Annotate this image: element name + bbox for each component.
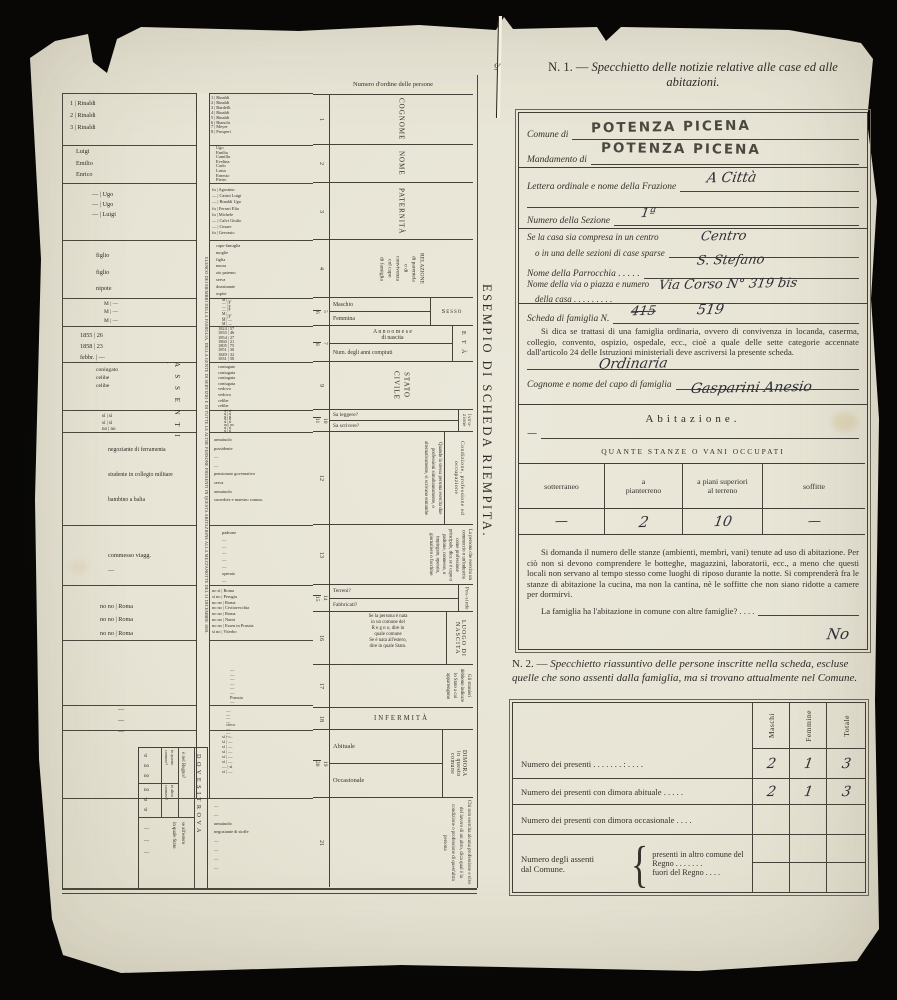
assenti-relazione: figliofiglionipote xyxy=(96,248,111,298)
header-terreni: Terreni? xyxy=(330,585,458,598)
data-line: nuora xyxy=(216,263,311,270)
form-main-frame: Comune di Mandamento di POTENZA PICENA P… xyxy=(518,112,868,650)
header-abituale: Abituale xyxy=(330,730,442,763)
assenti-stato-civile: coniugatocelibecelibe xyxy=(96,366,118,391)
data-line: sì | sì xyxy=(224,430,311,433)
header-sesso: Sesso xyxy=(430,298,473,325)
data-line: nipote xyxy=(96,281,111,298)
data-stranieri: ——————Prussia— xyxy=(230,668,311,705)
table-line xyxy=(62,93,63,889)
col-num: 13 xyxy=(313,525,330,584)
corner-mark: 9′ xyxy=(494,62,500,72)
data-line: — xyxy=(222,557,311,564)
data-line: figlio xyxy=(96,265,111,282)
band-condizione: 12 Quando la stessa persona esercita due… xyxy=(313,432,473,525)
header-anni-compiuti: Num. degli anni compiuti xyxy=(330,343,452,361)
header-nome: NOME xyxy=(330,145,473,182)
band-stranieri: 17 Gli stranieri debbono indicare lo Sta… xyxy=(313,665,473,708)
data-professione: armaiuolopossidente——pensionato governat… xyxy=(214,436,311,505)
data-line: sì | sì xyxy=(102,421,116,428)
stanze-col-header: sotterraneo xyxy=(519,464,605,508)
form-title: N. 1. — Specchietto delle notizie relati… xyxy=(512,60,874,90)
col-num: 8 xyxy=(313,342,321,346)
data-line: — xyxy=(144,836,149,848)
col-num: 5 6 xyxy=(313,298,330,325)
stanze-value-cell: 2 xyxy=(605,508,683,534)
col-num: 11 xyxy=(313,417,321,423)
band-relazione: 4 RELAZIONE di parentela o di convivenza… xyxy=(313,240,473,298)
mandamento-stamp: POTENZA PICENA xyxy=(601,140,761,158)
fill-line xyxy=(527,194,859,208)
data-line: sì xyxy=(144,806,149,816)
data-line: — xyxy=(118,715,124,726)
row-presenti-label: Numero dei presenti . . . . . . . : . . … xyxy=(513,749,752,779)
abitazione-dash: — xyxy=(526,428,538,439)
header-posizione-note: La persona che esercita un commercio o u… xyxy=(330,525,473,584)
header-cognome: COGNOME xyxy=(330,95,473,144)
capo-value: Gasparini Anesio xyxy=(690,379,814,397)
stanze-title: QUANTE STANZE O VANI OCCUPATI xyxy=(519,439,867,456)
header-istruzione: Istru-zione xyxy=(458,410,473,431)
col-label: Totale xyxy=(842,715,851,737)
sezione-value: 1ª xyxy=(640,206,657,221)
data-istruzione: sì | sìsì | sìsì | sìsì | sìsì | sìno | … xyxy=(224,410,311,432)
cell: 3 xyxy=(826,749,865,779)
data-line: — xyxy=(222,578,311,585)
header-anno-nascita: A n n o o m e s e di nascita xyxy=(330,326,452,343)
data-line: — xyxy=(214,462,311,471)
data-line: — xyxy=(222,564,311,571)
data-nome: UgoEmiliaCamillaEvelinaCarloLuisaErnesto… xyxy=(216,146,311,183)
data-line: — xyxy=(118,726,124,737)
elenco-title-strip: ELENCO DEI MEMBRI DELLA FAMIGLIA, DELLA … xyxy=(196,93,210,798)
data-line: operaio xyxy=(222,571,311,578)
data-line: Luigi xyxy=(76,146,93,158)
famiglie-question: La famiglia ha l'abitazione in comune co… xyxy=(527,606,754,616)
dove-si-trova-box: D O V E S I T R O V A è nel Regno? in qu… xyxy=(138,747,208,889)
header-chi-non-esercita: Chi non esercita alcuna professione e vi… xyxy=(330,798,473,887)
col-num: 10 11 xyxy=(313,410,330,431)
col-num: 9 xyxy=(313,362,330,409)
summary-header-spacer xyxy=(513,703,752,749)
header-ordine: Numero d'ordine delle persone xyxy=(313,75,473,94)
dove-altro-label: in altro comune? xyxy=(163,785,175,817)
data-line: — xyxy=(214,846,311,855)
header-possiede: Pos-siede xyxy=(458,585,473,611)
value: 3 xyxy=(840,783,851,799)
row-assenti-label: Numero degli assenti dal Comune. { prese… xyxy=(513,835,752,892)
dove-questo-label: in questo comune? xyxy=(163,750,175,782)
data-line: serva xyxy=(214,479,311,488)
data-line: sì xyxy=(144,796,149,806)
data-line: sì | sì xyxy=(102,414,116,421)
data-altrui-professione: ——armaiuolonegoziante di stoffe———— xyxy=(214,802,311,872)
form-title-line1: Specchietto delle notizie relative alle … xyxy=(592,60,838,74)
assenti-eta: 1855 | 261858 | 23febbr. | — xyxy=(80,330,105,363)
data-line: 1831 | 50 xyxy=(218,357,311,361)
header-luogo: LUOGO DI NASCITA xyxy=(446,612,473,664)
cell: 1 xyxy=(789,779,826,805)
dove-estero-values: ——— xyxy=(144,824,149,860)
abitazione-title: Abitazione. xyxy=(519,405,867,425)
header-stato-civile: STATO CIVILE xyxy=(330,362,473,409)
header-maschio: Maschio xyxy=(330,298,430,311)
band-luogo-nascita: 16 Se la persona è nata in un comune del… xyxy=(313,612,473,665)
col-num: 14 xyxy=(321,595,329,601)
band-nome: 2 NOME xyxy=(313,145,473,183)
data-line: — xyxy=(118,704,124,715)
data-line: sacerdote e maestro comun. xyxy=(214,496,311,505)
data-line: — xyxy=(214,864,311,873)
stanze-paragraph: Si domanda il numero delle stanze (ambie… xyxy=(519,537,867,600)
data-line: celibe xyxy=(96,382,118,390)
data-line: — xyxy=(222,544,311,551)
table-line xyxy=(62,893,477,894)
table-line xyxy=(62,888,477,890)
frazione-label: Lettera ordinale e nome della Frazione xyxy=(527,182,676,192)
cell xyxy=(789,863,826,892)
col-num: 17 xyxy=(313,665,330,707)
data-line: fu | Gervasio xyxy=(212,230,311,236)
data-line: — | Ugo xyxy=(92,190,116,200)
data-line: — xyxy=(214,802,311,811)
fill-line xyxy=(758,602,859,616)
stanze-col-header: soffitte xyxy=(763,464,865,508)
summary-col-femmine: Femmine xyxy=(789,703,826,749)
header-femmina: Femmina xyxy=(330,311,430,325)
comune-label: Comune di xyxy=(527,130,568,140)
cell xyxy=(826,805,865,835)
col-num: 4 xyxy=(313,240,330,297)
n2-number: N. 2. — xyxy=(512,658,547,670)
band-possiede: 14 15 Terreni? Fabbricati? Pos-siede xyxy=(313,585,473,612)
header-quando-note: Quando la stessa persona esercita due pr… xyxy=(330,432,444,524)
dove-estero-label: se all'estero in quale Stato xyxy=(169,822,187,886)
dove-altro-values: nosìsì xyxy=(144,786,149,816)
stanze-value-cell: — xyxy=(763,508,865,534)
col-num: 20 xyxy=(313,760,321,767)
col-num: 5 xyxy=(321,310,329,313)
data-line: Enrico xyxy=(76,169,93,181)
fill-line xyxy=(616,290,859,304)
data-line: no | no xyxy=(102,427,116,434)
band-infermita: 18 INFERMITÀ xyxy=(313,708,473,730)
casa-label-2: o in una delle sezioni di case sparse xyxy=(527,248,665,258)
value: 2 xyxy=(765,783,776,799)
assenti-paternita: — | Ugo— | Ugo— | Luigi xyxy=(92,190,116,220)
col-num: 10 xyxy=(321,418,329,424)
data-line: 1855 | 26 xyxy=(80,330,105,341)
data-sesso: M | —— | F— | F— | FM | —— | FM | —M | — xyxy=(222,299,311,326)
stanze-col-header: a piani superiori al terreno xyxy=(683,464,763,508)
band-istruzione: 10 11 Sa leggere? Sa scrivere? Istru-zio… xyxy=(313,410,473,432)
data-line: sì | — xyxy=(222,769,311,774)
data-line: — xyxy=(230,700,311,705)
data-line: negoziante di ferramenta xyxy=(108,438,173,463)
data-line: no xyxy=(144,772,149,782)
scheda-old-number: 415 xyxy=(630,304,657,319)
data-line: celibe xyxy=(96,374,118,382)
col-label: Maschi xyxy=(767,713,776,738)
data-line: sì no | Viterbo xyxy=(212,629,311,635)
cell xyxy=(752,805,789,835)
col-num: 19 20 xyxy=(313,730,330,797)
value: 1 xyxy=(802,783,813,799)
assenti-istruzione: sì | sìsì | sìno | no xyxy=(102,414,116,434)
fill-line xyxy=(527,356,859,370)
header-infermita: INFERMITÀ xyxy=(330,708,473,729)
col-num: 16 xyxy=(313,612,330,664)
value: 2 xyxy=(765,755,776,771)
band-eta: 7 8 A n n o o m e s e di nascita Num. de… xyxy=(313,326,473,362)
dove-title: D O V E S I T R O V A xyxy=(195,754,202,886)
col-num: 21 xyxy=(313,798,330,887)
assenti-sublabels: presenti in altro comune del Regno . . .… xyxy=(652,850,743,877)
data-line: — xyxy=(214,855,311,864)
data-line: Emilio xyxy=(76,158,93,170)
band-ordine: Numero d'ordine delle persone xyxy=(313,75,473,95)
col-num: 6 xyxy=(313,310,321,314)
header-dimora: DIMORA in questo comune xyxy=(442,730,473,797)
data-line: pensionato governativo xyxy=(214,470,311,479)
data-line: armaiuolo xyxy=(214,488,311,497)
col-num: 7 xyxy=(321,342,329,345)
col-num: 7 8 xyxy=(313,326,330,361)
data-line: figlio xyxy=(96,248,111,265)
data-line: coniugato xyxy=(96,366,118,374)
stanze-col-header: a pianterreno xyxy=(605,464,683,508)
header-relazione: RELAZIONE di parentela o di convivenza c… xyxy=(330,240,473,297)
header-fabbricati: Fabbricati? xyxy=(330,598,458,612)
data-line: — | Luigi xyxy=(92,210,116,220)
famiglia-paragraph: Si dica se trattasi di una famiglia ordi… xyxy=(519,324,867,358)
stanze-value: 2 xyxy=(637,512,649,530)
summary-col-totale: Totale xyxy=(826,703,865,749)
brace-glyph: { xyxy=(631,834,648,893)
data-line: capo-famiglia xyxy=(216,243,311,250)
rotated-header-column: Numero d'ordine delle persone 1 COGNOME … xyxy=(313,75,473,888)
cell: 2 xyxy=(752,779,789,805)
via-value: Via Corso N° 319 bis xyxy=(658,276,799,293)
scanned-census-document: Numero d'ordine delle persone 1 COGNOME … xyxy=(0,0,897,1000)
famiglie-value: No xyxy=(826,625,851,643)
data-line: bambino a balia xyxy=(108,488,173,513)
band-dimora: 19 20 Abituale Occasionale DIMORA in que… xyxy=(313,730,473,798)
data-line: 3 | Rinaldi xyxy=(70,122,96,134)
col-num: 12 xyxy=(313,432,330,524)
col-num: 15 xyxy=(313,595,321,602)
scheda-number: 519 xyxy=(696,302,725,318)
data-dimora: sì | —sì | —sì | —sì | —sì | —sì | —— | … xyxy=(222,734,311,774)
stanze-value: 10 xyxy=(712,513,732,529)
row-abituale-label: Numero dei presenti con dimora abituale … xyxy=(513,779,752,805)
cell: 1 xyxy=(789,749,826,779)
table-line xyxy=(477,75,478,888)
data-line: zio paterno xyxy=(216,270,311,277)
header-luogo-note: Se la persona è nata in un comune del R … xyxy=(330,612,446,664)
assenti-sesso: M | —M | —M | — xyxy=(104,300,118,325)
data-line: studente in collegio militare xyxy=(108,463,173,488)
cell xyxy=(789,805,826,835)
col-num: 2 xyxy=(313,145,330,182)
assenti-possiede-luogo: no no | Romano no | Romano no | Roma xyxy=(100,600,133,640)
data-line: — xyxy=(214,837,311,846)
cell xyxy=(826,835,865,863)
form-title-line2: abitazioni. xyxy=(512,75,874,90)
assenti-posizione: commesso viagg.—— xyxy=(108,548,151,593)
data-line: M | — xyxy=(222,323,311,326)
data-stato-civile: coniugatoconiugataconiugataconiugatavedo… xyxy=(218,364,311,409)
col-num: 18 xyxy=(313,708,330,729)
col-label: Femmine xyxy=(804,710,813,742)
row-occasionale-label: Numero dei presenti con dimora occasiona… xyxy=(513,805,752,835)
data-line: M | — xyxy=(104,300,118,308)
assenti-sub2: fuori del Regno . . . . xyxy=(652,868,720,877)
assenti-sub1: presenti in altro comune del Regno . . .… xyxy=(652,850,743,868)
data-line: — xyxy=(108,578,151,593)
col-num: 19 xyxy=(321,761,329,767)
data-line: armaiuolo xyxy=(214,820,311,829)
data-posizione: padrone—————operaio— xyxy=(222,530,311,584)
paper-stain xyxy=(70,560,88,574)
data-line: figlia xyxy=(216,257,311,264)
assenti-cognome: 1 | Rinaldi2 | Rinaldi3 | Rinaldi xyxy=(70,98,96,134)
section-frazione: Lettera ordinale e nome della Frazione N… xyxy=(519,168,867,229)
data-line: no no | Roma xyxy=(100,613,133,626)
header-sa-leggere: Sa leggere? xyxy=(330,410,458,420)
band-stato-civile: 9 STATO CIVILE xyxy=(313,362,473,410)
data-cognome: 1 | Rinaldi2 | Rinaldi3 | Bardelli4 | Ri… xyxy=(211,96,311,135)
casa-label-1: Se la casa sia compresa in un centro xyxy=(527,232,659,242)
data-line: dozzinante xyxy=(216,284,311,291)
value: 3 xyxy=(840,755,851,771)
sezione-label: Numero della Sezione xyxy=(527,216,610,226)
data-paternita: fu | Agostino— | Casini Luigi— | Rinaldi… xyxy=(212,187,311,237)
assenti-dimora: ——— xyxy=(118,704,124,737)
data-possiede-luogo: no sì | Romasì no | Perugiano no | Roman… xyxy=(212,588,311,634)
parrocchia-value: S. Stefano xyxy=(696,252,766,268)
data-line: M | — xyxy=(104,308,118,316)
esempio-caption: ESEMPIO DI SCHEDA RIEMPITA. xyxy=(479,284,494,684)
data-line: serva xyxy=(216,277,311,284)
band-cognome: 1 COGNOME xyxy=(313,95,473,145)
summary-col-maschi: Maschi xyxy=(752,703,789,749)
data-line: no no | Roma xyxy=(100,600,133,613)
table-line xyxy=(62,93,313,94)
via-label-2: della casa . . . . . . . . . xyxy=(527,294,612,304)
data-line: no xyxy=(144,762,149,772)
cell xyxy=(826,863,865,892)
cell xyxy=(789,835,826,863)
value: 1 xyxy=(802,755,813,771)
summary-table: Maschi Femmine Totale Numero dei present… xyxy=(512,702,866,893)
section-comune: Comune di Mandamento di POTENZA PICENA P… xyxy=(519,113,867,168)
header-stranieri: Gli stranieri debbono indicare lo Stato … xyxy=(330,665,473,707)
stanze-table: sotterraneo a pianterreno a piani superi… xyxy=(519,463,865,535)
col-num: 1 xyxy=(313,95,330,144)
header-eta: E T À xyxy=(452,326,473,361)
parrocchia-label: Nome della Parrocchia . . . . . xyxy=(527,269,640,279)
stanze-value-cell: 10 xyxy=(683,508,763,534)
fill-line xyxy=(541,425,859,439)
data-line: — xyxy=(222,537,311,544)
cell: 3 xyxy=(826,779,865,805)
casa-value: Centro xyxy=(700,229,748,245)
assenti-label: Numero degli assenti dal Comune. xyxy=(521,854,627,874)
data-line: M | — xyxy=(104,317,118,325)
data-line: armaiuolo xyxy=(214,436,311,445)
stanze-value: — xyxy=(554,514,569,529)
data-line: — | Ugo xyxy=(92,200,116,210)
col-num: 14 15 xyxy=(313,585,330,611)
header-condizione: Condizione, professione od occupazione xyxy=(444,432,473,524)
data-line: febbr. | — xyxy=(80,352,105,363)
assenti-title: A S S E N T I . xyxy=(165,362,181,448)
col-num: 3 xyxy=(313,183,330,239)
frazione-value: A Città xyxy=(706,170,758,187)
data-relazione: capo-famigliamogliefiglianuorazio patern… xyxy=(216,243,311,297)
stanze-value-cell: — xyxy=(519,508,605,534)
data-line: sì xyxy=(144,752,149,762)
data-line: commesso viagg. xyxy=(108,548,151,563)
comune-stamp: POTENZA PICENA xyxy=(591,118,751,137)
data-line: 1 | Rinaldi xyxy=(70,98,96,110)
section-scheda: Scheda di famiglia N. 415 519 Si dica se… xyxy=(519,304,867,405)
data-line: — xyxy=(214,811,311,820)
data-line: ospite xyxy=(216,291,311,298)
data-line: — xyxy=(144,824,149,836)
data-line: — xyxy=(222,550,311,557)
assenti-professione: negoziante di ferramentastudente in coll… xyxy=(108,438,173,513)
via-label-1: Nome della via o piazza e numero xyxy=(527,279,649,289)
n2-title-text: Specchietto riassuntivo delle persone in… xyxy=(512,658,857,684)
data-line: Pietro xyxy=(216,178,311,183)
stanze-value: — xyxy=(806,514,821,529)
form-title-number: N. 1. — xyxy=(548,60,588,74)
data-line: — xyxy=(214,453,311,462)
dove-regno-label: è nel Regno? xyxy=(180,752,185,814)
section-abitazione: Abitazione. — QUANTE STANZE O VANI OCCUP… xyxy=(519,405,867,533)
data-line: celibe xyxy=(218,403,311,409)
cell: 2 xyxy=(752,749,789,779)
band-sesso: 5 6 Maschio Femmina Sesso xyxy=(313,298,473,326)
cell xyxy=(752,835,789,863)
data-line: — xyxy=(144,848,149,860)
data-line: 1858 | 23 xyxy=(80,341,105,352)
mandamento-label: Mandamento di xyxy=(527,155,587,165)
cell xyxy=(752,863,789,892)
data-line: moglie xyxy=(216,250,311,257)
dove-questo-values: sìnono xyxy=(144,752,149,782)
band-paternita: 3 PATERNITÀ xyxy=(313,183,473,240)
band-posizione: 13 La persona che esercita un commercio … xyxy=(313,525,473,585)
n2-title: N. 2. — Specchietto riassuntivo delle pe… xyxy=(512,658,870,685)
header-occasionale: Occasionale xyxy=(330,763,442,797)
scheda-label: Scheda di famiglia N. xyxy=(527,314,609,324)
data-line: no no | Roma xyxy=(100,627,133,640)
capo-label: Cognome e nome del capo di famiglia xyxy=(527,380,672,390)
data-line: no xyxy=(144,786,149,796)
band-altrui-professione: 21 Chi non esercita alcuna professione e… xyxy=(313,798,473,887)
data-line: negoziante di stoffe xyxy=(214,828,311,837)
header-sa-scrivere: Sa scrivere? xyxy=(330,420,458,431)
data-line: 8 | Prosperi xyxy=(211,130,311,135)
data-line: padrone xyxy=(222,530,311,537)
data-eta: 1824 | 571835 | 461854 | 271860 | 211805… xyxy=(218,327,311,361)
section-stanze-note: Si domanda il numero delle stanze (ambie… xyxy=(519,537,867,649)
data-line: 2 | Rinaldi xyxy=(70,110,96,122)
header-paternita: PATERNITÀ xyxy=(330,183,473,239)
